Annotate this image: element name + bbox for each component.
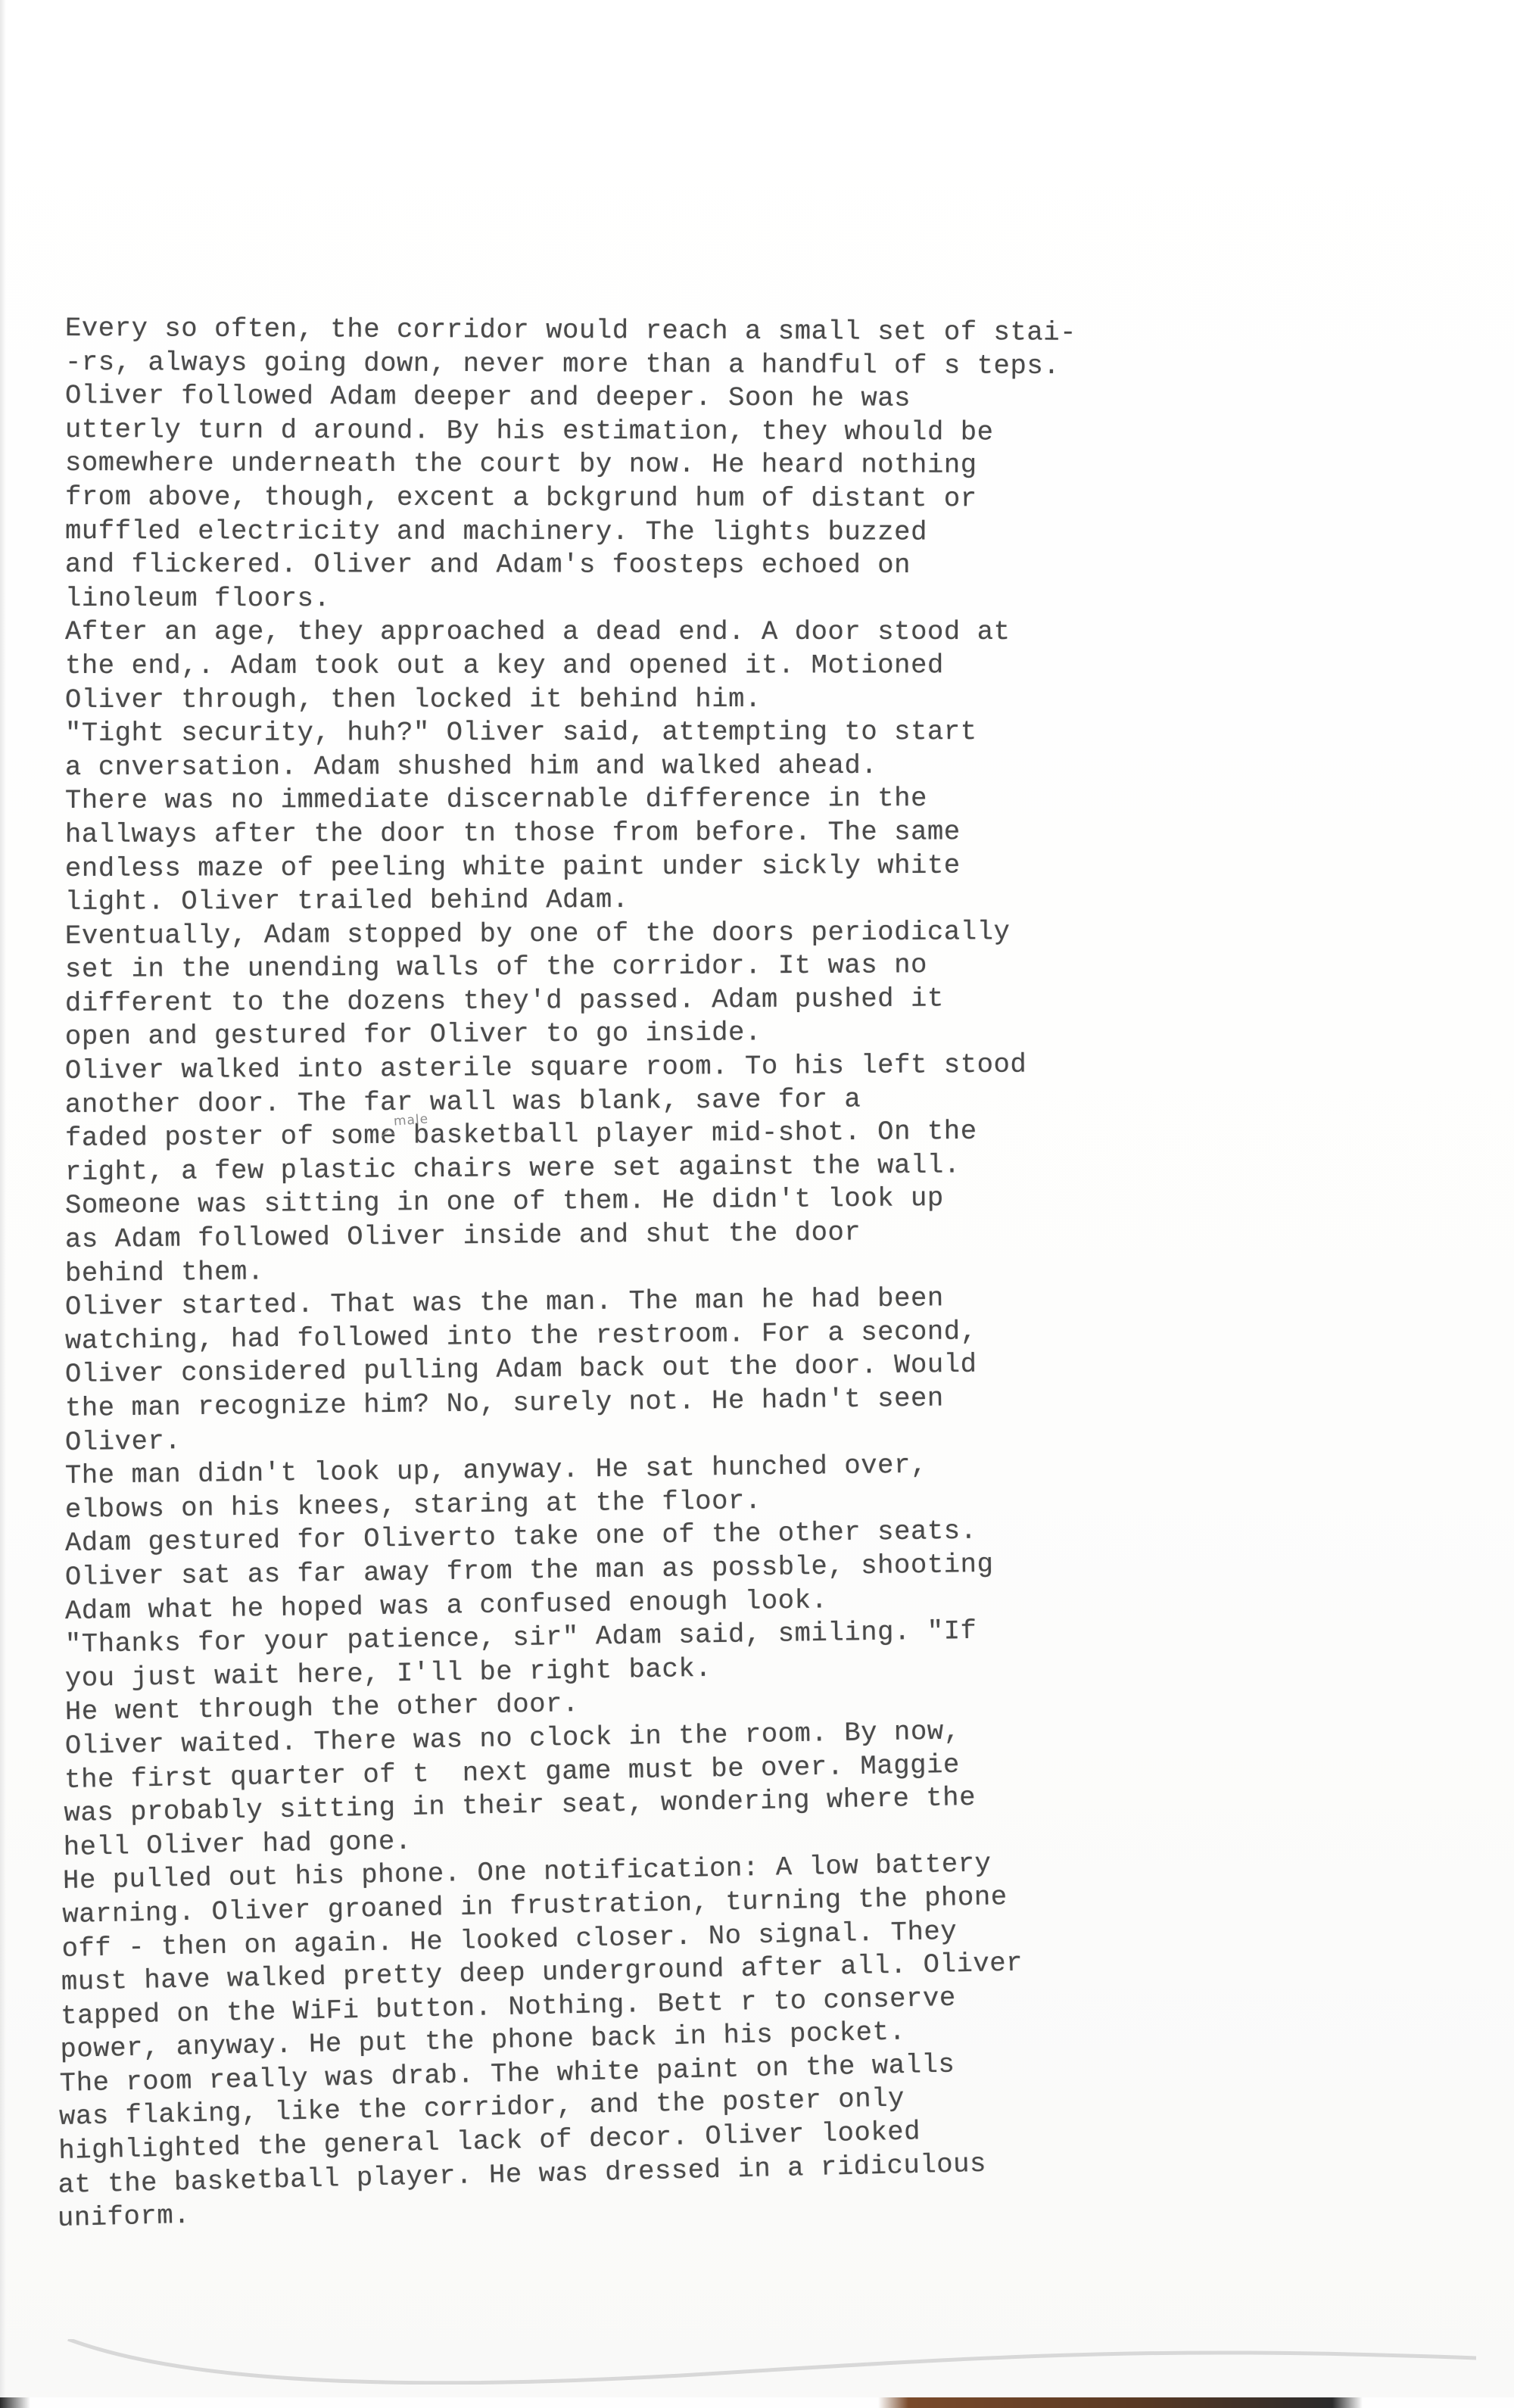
text-line: the end,. Adam took out a key and opened… [65, 649, 1307, 684]
typewritten-page: Every so often, the corridor would reach… [0, 0, 1514, 2408]
text-line: Oliver through, then locked it behind hi… [65, 682, 1307, 717]
desk-surface-edge [0, 2397, 1514, 2408]
text-line: muffled electricity and machinery. The l… [65, 515, 1307, 550]
text-line: and flickered. Oliver and Adam's foostep… [65, 548, 1307, 583]
text-line: hallways after the door tn those from be… [65, 815, 1307, 852]
text-line: Every so often, the corridor would reach… [65, 312, 1307, 351]
text-line: "Tight security, huh?" Oliver said, atte… [65, 715, 1307, 750]
typewritten-text-body: Every so often, the corridor would reach… [65, 312, 1307, 2236]
text-line: a cnversation. Adam shushed him and walk… [65, 748, 1307, 784]
text-line: linoleum floors. [65, 582, 1307, 616]
text-line: endless maze of peeling white paint unde… [65, 848, 1307, 886]
paper-fold-shadow [38, 2339, 1476, 2385]
text-line: from above, though, excent a bckgrund hu… [65, 481, 1307, 517]
text-line: utterly turn d around. By his estimation… [65, 413, 1307, 450]
text-line: Oliver followed Adam deeper and deeper. … [65, 379, 1307, 417]
handwritten-annotation: male [393, 1111, 428, 1129]
text-line: somewhere underneath the court by now. H… [65, 447, 1307, 483]
text-line: There was no immediate discernable diffe… [65, 781, 1307, 818]
text-line: After an age, they approached a dead end… [65, 615, 1307, 650]
page-edge-shadow [0, 0, 6, 2408]
text-line: -rs, always going down, never more than … [65, 346, 1307, 385]
text-line: light. Oliver trailed behind Adam. [65, 880, 1307, 919]
